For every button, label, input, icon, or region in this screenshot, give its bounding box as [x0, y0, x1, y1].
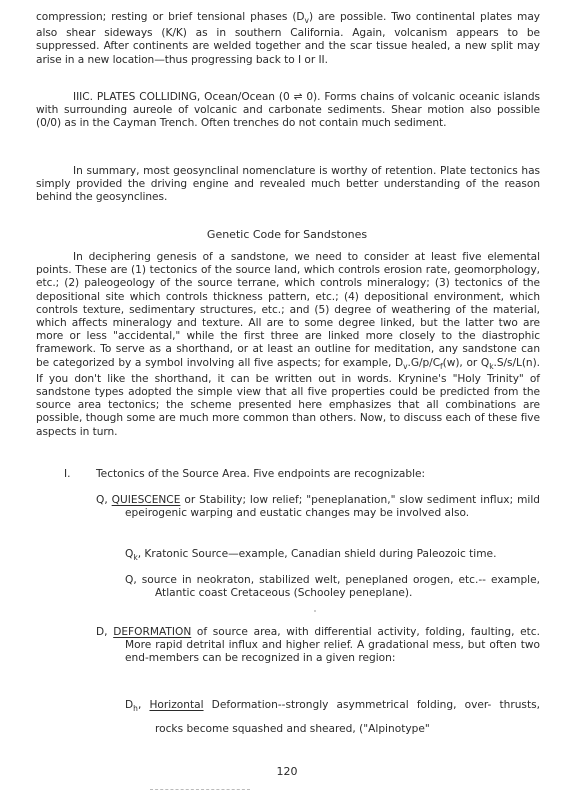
- term-quiescence: QUIESCENCE: [112, 494, 181, 506]
- text-segment: IIIC. PLATES COLLIDING, Ocean/Ocean (0 ⇌…: [36, 91, 540, 129]
- outline-item-deformation: D, DEFORMATION of source area, with diff…: [96, 626, 540, 666]
- text-segment: compression; resting or brief tensional …: [36, 11, 305, 23]
- document-page: compression; resting or brief tensional …: [0, 0, 574, 800]
- text-segment: ,: [138, 699, 141, 711]
- outline-subitem-neokraton: Q, source in neokraton, stabilized welt,…: [125, 574, 540, 600]
- scan-speck: [314, 610, 316, 612]
- outline-letter: Q,: [125, 574, 137, 586]
- scan-artifact-line: [150, 789, 250, 791]
- text-segment: Deformation--strongly asymmetrical foldi…: [155, 699, 540, 735]
- paragraph-summary: In summary, most geosynclinal nomenclatu…: [36, 165, 540, 205]
- text-segment: or Stability; low relief; "peneplanation…: [125, 494, 540, 519]
- outline-subitem-horizontal: Dh, Horizontal Deformation--strongly asy…: [125, 695, 540, 739]
- text-segment: In summary, most geosynclinal nomenclatu…: [36, 165, 540, 203]
- text-segment: In deciphering genesis of a sandstone, w…: [36, 251, 540, 369]
- outline-item-1: I. Tectonics of the Source Area. Five en…: [64, 468, 544, 481]
- text-segment: source in neokraton, stabilized welt, pe…: [137, 574, 540, 599]
- paragraph-plate-shear: compression; resting or brief tensional …: [36, 11, 540, 67]
- outline-number: I.: [64, 468, 71, 480]
- outline-letter: D,: [96, 626, 108, 638]
- section-heading: Genetic Code for Sandstones: [0, 228, 574, 241]
- term-deformation: DEFORMATION: [113, 626, 191, 638]
- text-segment: , Kratonic Source—example, Canadian shie…: [138, 548, 497, 560]
- text-segment: .G/p/C: [408, 357, 441, 369]
- text-segment: (w), or Q: [443, 357, 490, 369]
- page-number: 120: [0, 765, 574, 778]
- term-horizontal: Horizontal: [149, 699, 203, 711]
- outline-subitem-kratonic: Qk, Kratonic Source—example, Canadian sh…: [125, 548, 540, 564]
- paragraph-genetic-code: In deciphering genesis of a sandstone, w…: [36, 251, 540, 439]
- outline-letter: Q,: [96, 494, 108, 506]
- outline-heading: Tectonics of the Source Area. Five endpo…: [96, 468, 425, 481]
- outline-letter: D: [125, 699, 133, 711]
- outline-item-quiescence: Q, QUIESCENCE or Stability; low relief; …: [96, 494, 540, 520]
- paragraph-plates-colliding: IIIC. PLATES COLLIDING, Ocean/Ocean (0 ⇌…: [36, 91, 540, 131]
